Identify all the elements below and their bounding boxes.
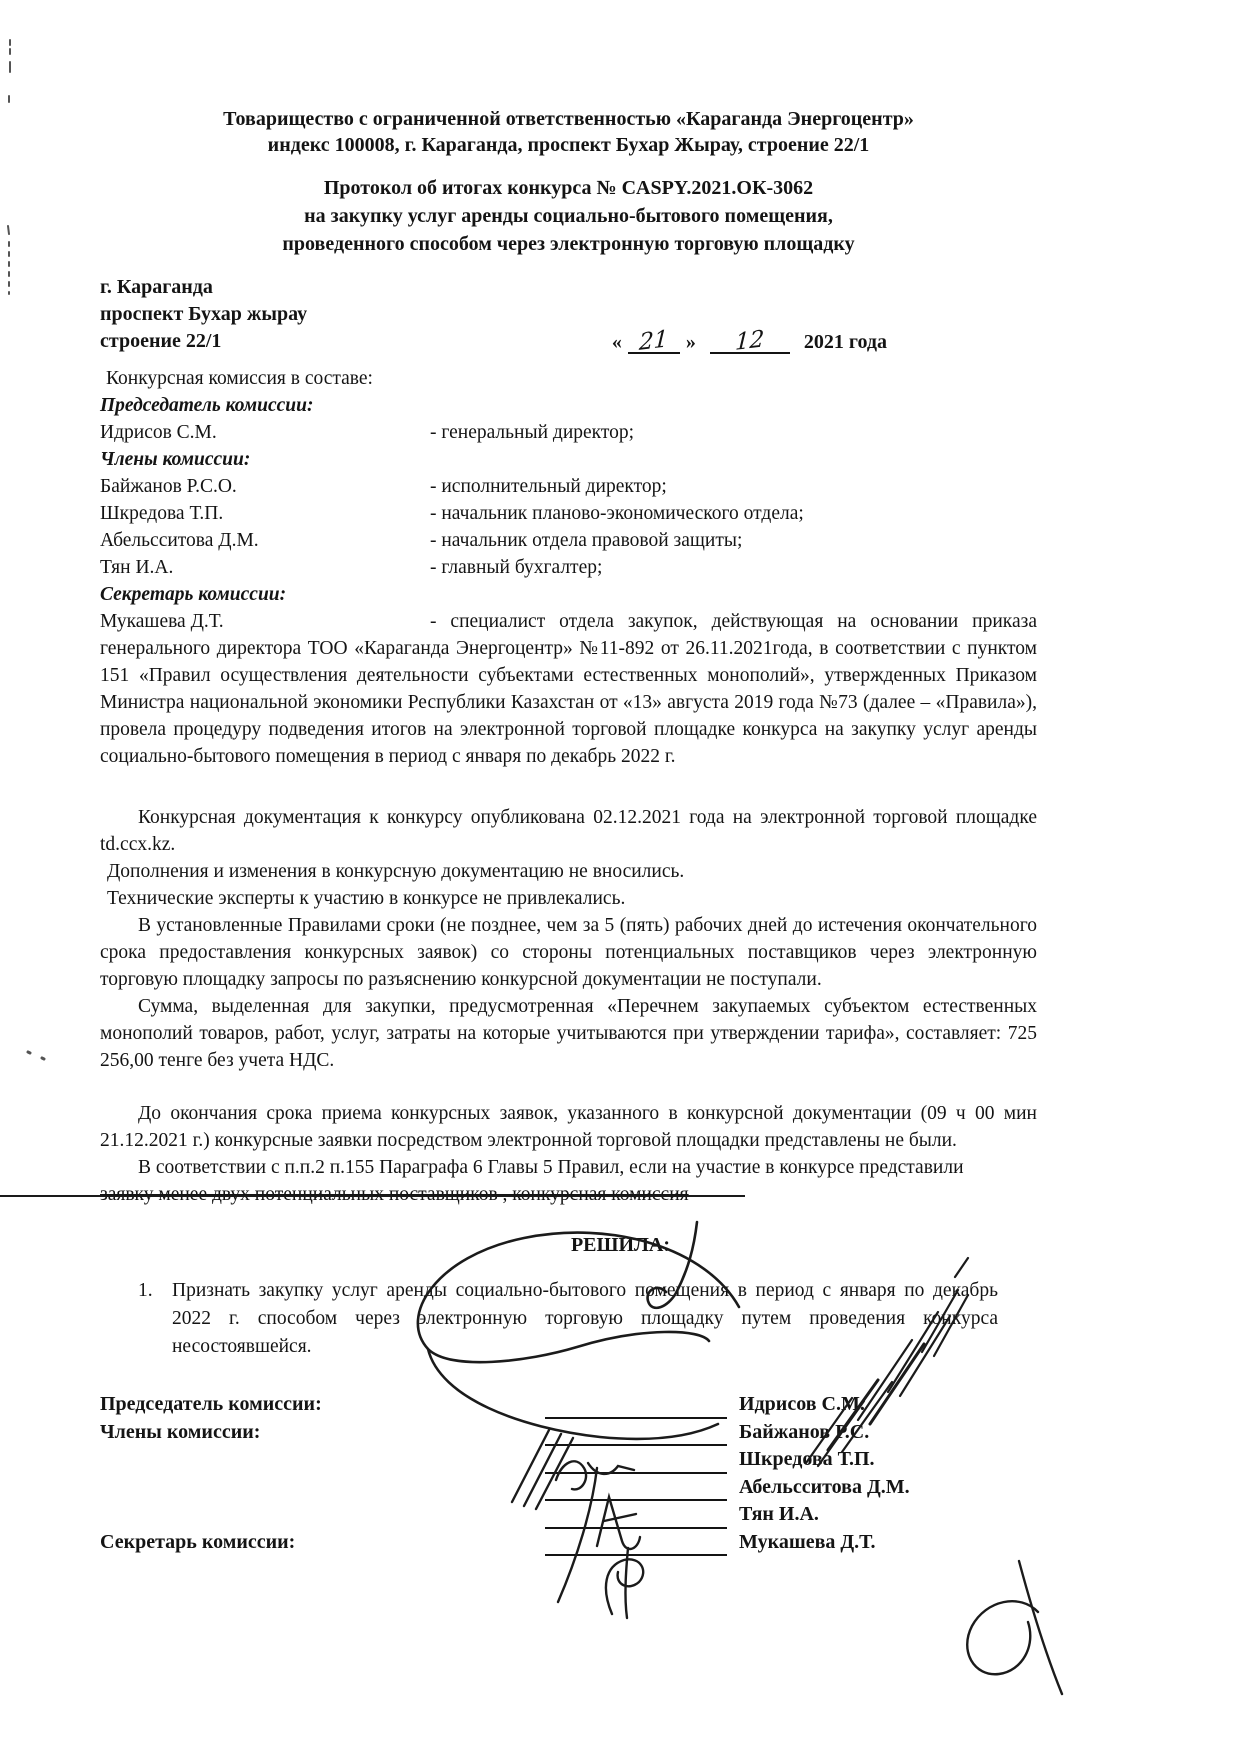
place-street: проспект Бухар жырау (100, 301, 1037, 328)
paragraph-experts: Технические эксперты к участию в конкурс… (100, 885, 1037, 912)
signer-name: Мукашева Д.Т. (727, 1529, 876, 1557)
signer-name: Абельсситова Д.М. (727, 1474, 910, 1502)
document-date: «21»122021 года (612, 328, 887, 354)
signature-row: Председатель комиссии: Идрисов С.М. (100, 1391, 1037, 1419)
paragraph-deadlines: В установленные Правилами сроки (не позд… (100, 912, 1037, 993)
commission-row: Шкредова Т.П. - начальник планово-эконом… (100, 500, 1037, 527)
document-title-line1: Протокол об итогах конкурса № CASPY.2021… (100, 174, 1037, 202)
member-name: Тян И.А. (100, 554, 430, 581)
signature-line (545, 1505, 727, 1529)
member-name: Абельсситова Д.М. (100, 527, 430, 554)
member-name: Мукашева Д.Т. (100, 608, 430, 635)
member-role: - специалист отдела закупок, действующая… (430, 608, 1037, 635)
signature-line (545, 1477, 727, 1501)
signature-row: Шкредова Т.П. (100, 1446, 1037, 1474)
signature-row: Члены комиссии: Байжанов Р.С. (100, 1419, 1037, 1447)
signer-name: Байжанов Р.С. (727, 1419, 869, 1447)
paragraph-amendments: Дополнения и изменения в конкурсную доку… (100, 858, 1037, 885)
member-name: Шкредова Т.П. (100, 500, 430, 527)
signature-row: Абельсситова Д.М. (100, 1474, 1037, 1502)
document-title-line3: проведенного способом через электронную … (100, 230, 1037, 258)
decision-item-text: Признать закупку услуг аренды социально-… (172, 1277, 998, 1361)
member-role: - исполнительный директор; (430, 473, 1037, 500)
handwritten-month: 12 (735, 326, 765, 356)
strikethrough-pen-line (0, 1195, 745, 1197)
decision-heading: РЕШИЛА: (152, 1232, 1089, 1259)
commission-row-secretary: Мукашева Д.Т. - специалист отдела закупо… (100, 608, 1037, 635)
commission-row: Тян И.А. - главный бухгалтер; (100, 554, 1037, 581)
place-date-block: г. Караганда проспект Бухар жырау строен… (100, 274, 1037, 355)
secretary-label: Секретарь комиссии: (100, 581, 1037, 608)
signature-label-members: Члены комиссии: (100, 1419, 545, 1447)
handwritten-day: 21 (639, 326, 669, 356)
organization-name: Товарищество с ограниченной ответственно… (100, 106, 1037, 132)
member-role: - главный бухгалтер; (430, 554, 1037, 581)
member-role: - генеральный директор; (430, 419, 1037, 446)
member-role: - начальник планово-экономического отдел… (430, 500, 1037, 527)
member-name: Идрисов С.М. (100, 419, 430, 446)
signature-label-chair: Председатель комиссии: (100, 1391, 545, 1419)
signer-name: Тян И.А. (727, 1501, 819, 1529)
signature-line (545, 1395, 727, 1419)
members-label: Члены комиссии: (100, 446, 1037, 473)
paragraph-amount: Сумма, выделенная для закупки, предусмот… (100, 993, 1037, 1074)
signature-row: Тян И.А. (100, 1501, 1037, 1529)
commission-row: Абельсситова Д.М. - начальник отдела пра… (100, 527, 1037, 554)
scanned-protocol-document: Товарищество с ограниченной ответственно… (0, 0, 1240, 1754)
member-role: - начальник отдела правовой защиты; (430, 527, 1037, 554)
place-building: строение 22/1 (100, 328, 1037, 355)
struck-out-line: заявку менее двух потенциальных поставщи… (100, 1181, 1037, 1208)
signer-name: Шкредова Т.П. (727, 1446, 875, 1474)
bottom-pen-squiggle (967, 1561, 1062, 1694)
scanner-artifact-marks (8, 40, 44, 1059)
commission-row-chair: Идрисов С.М. - генеральный директор; (100, 419, 1037, 446)
secretary-paragraph: генерального директора ТОО «Караганда Эн… (100, 635, 1037, 770)
signature-line (545, 1422, 727, 1446)
date-month-slot: 12 (710, 328, 790, 354)
chair-label: Председатель комиссии: (100, 392, 1037, 419)
signature-line (545, 1532, 727, 1556)
signer-name: Идрисов С.М. (727, 1391, 865, 1419)
signature-block: Председатель комиссии: Идрисов С.М. Член… (100, 1391, 1037, 1556)
signature-line (545, 1450, 727, 1474)
date-day-slot: 21 (628, 328, 680, 354)
organization-address: индекс 100008, г. Караганда, проспект Бу… (100, 132, 1037, 158)
paragraph-rule-reference: В соответствии с п.п.2 п.155 Параграфа 6… (100, 1154, 1037, 1181)
signature-label-secretary: Секретарь комиссии: (100, 1529, 545, 1557)
date-year: 2021 года (804, 331, 887, 353)
date-open-quote: « (612, 331, 622, 353)
decision-item-1: 1. Признать закупку услуг аренды социаль… (100, 1277, 1037, 1361)
member-name: Байжанов Р.С.О. (100, 473, 430, 500)
place-city: г. Караганда (100, 274, 1037, 301)
commission-intro: Конкурсная комиссия в составе: (100, 365, 1037, 392)
decision-item-number: 1. (138, 1277, 172, 1361)
document-title-line2: на закупку услуг аренды социально-бытово… (100, 202, 1037, 230)
paragraph-documentation: Конкурсная документация к конкурсу опубл… (100, 804, 1037, 858)
commission-row: Байжанов Р.С.О. - исполнительный директо… (100, 473, 1037, 500)
paragraph-no-bids: До окончания срока приема конкурсных зая… (100, 1100, 1037, 1154)
signature-row: Секретарь комиссии: Мукашева Д.Т. (100, 1529, 1037, 1557)
date-close-quote: » (686, 331, 696, 353)
